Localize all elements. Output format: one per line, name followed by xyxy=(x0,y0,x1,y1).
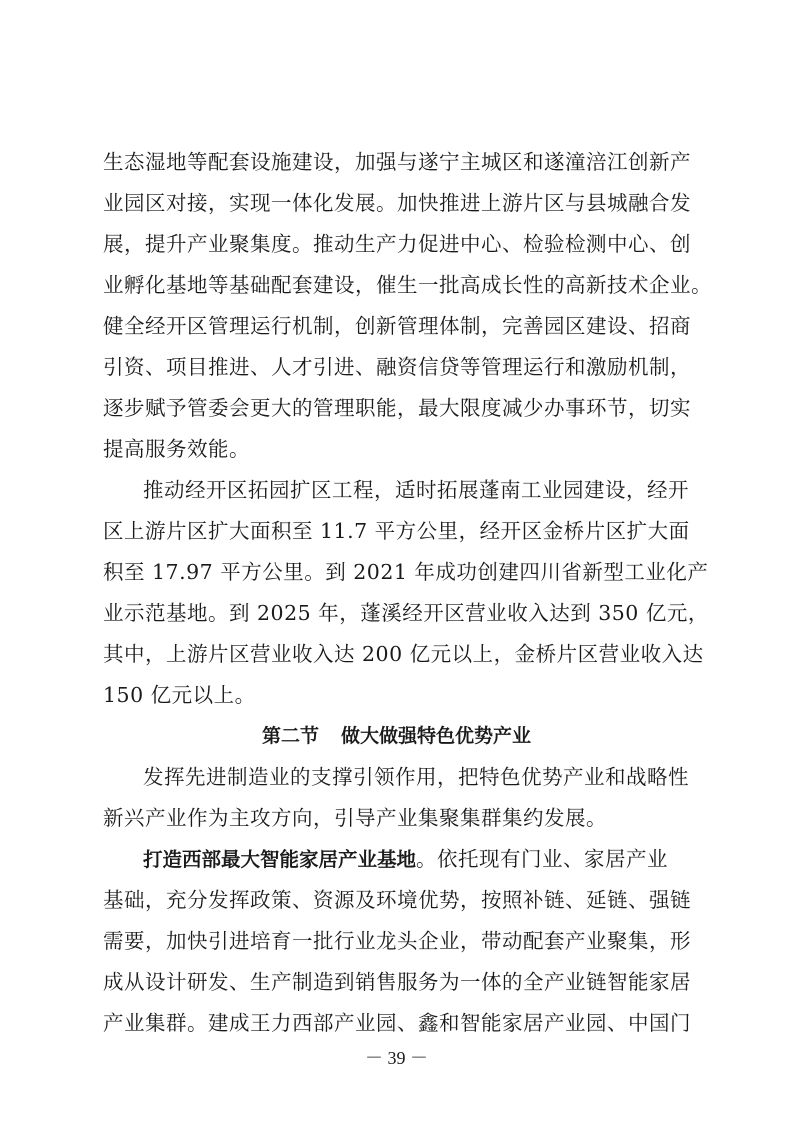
text-line: 健全经开区管理运行机制，创新管理体制，完善园区建设、招商 xyxy=(103,311,689,341)
text-line: 区上游片区扩大面积至 11.7 平方公里，经开区金桥片区扩大面 xyxy=(103,516,689,546)
section-heading: 第二节做大做强特色优势产业 xyxy=(0,721,793,751)
section-number: 第二节 xyxy=(262,725,319,747)
text-span: 。依托现有门业、家居产业 xyxy=(416,847,668,871)
text-line: 业示范基地。到 2025 年，蓬溪经开区营业收入达到 350 亿元， xyxy=(103,598,689,628)
text-line: 其中，上游片区营业收入达 200 亿元以上，金桥片区营业收入达 xyxy=(103,639,689,669)
text-line: 生态湿地等配套设施建设，加强与遂宁主城区和遂潼涪江创新产 xyxy=(103,147,689,177)
text-line: 提高服务效能。 xyxy=(103,434,689,464)
text-line: 积至 17.97 平方公里。到 2021 年成功创建四川省新型工业化产 xyxy=(103,557,689,587)
text-line: 业孵化基地等基础配套建设，催生一批高成长性的高新技术企业。 xyxy=(103,270,703,300)
bold-lead-phrase: 打造西部最大智能家居产业基地 xyxy=(143,848,416,871)
text-line: 产业集群。建成王力西部产业园、鑫和智能家居产业园、中国门 xyxy=(103,1008,689,1038)
page-number: － 39 － xyxy=(0,1046,793,1070)
text-line: 150 亿元以上。 xyxy=(103,680,689,710)
text-line: 引资、项目推进、人才引进、融资信贷等管理运行和激励机制， xyxy=(103,352,689,382)
text-line: 逐步赋予管委会更大的管理职能，最大限度减少办事环节，切实 xyxy=(103,393,689,423)
text-line: 发挥先进制造业的支撑引领作用，把特色优势产业和战略性 xyxy=(143,762,689,792)
text-line: 展，提升产业聚集度。推动生产力促进中心、检验检测中心、创 xyxy=(103,229,689,259)
section-title: 做大做强特色优势产业 xyxy=(341,725,531,747)
document-page: 生态湿地等配套设施建设，加强与遂宁主城区和遂潼涪江创新产 业园区对接，实现一体化… xyxy=(0,0,793,1122)
text-line: 成从设计研发、生产制造到销售服务为一体的全产业链智能家居 xyxy=(103,967,689,997)
text-line: 需要，加快引进培育一批行业龙头企业，带动配套产业聚集，形 xyxy=(103,926,689,956)
text-line: 业园区对接，实现一体化发展。加快推进上游片区与县城融合发 xyxy=(103,188,689,218)
text-line: 推动经开区拓园扩区工程，适时拓展蓬南工业园建设，经开 xyxy=(143,475,689,505)
text-line: 打造西部最大智能家居产业基地。依托现有门业、家居产业 xyxy=(143,844,689,874)
text-line: 新兴产业作为主攻方向，引导产业集聚集群集约发展。 xyxy=(103,803,689,833)
text-line: 基础，充分发挥政策、资源及环境优势，按照补链、延链、强链 xyxy=(103,885,689,915)
